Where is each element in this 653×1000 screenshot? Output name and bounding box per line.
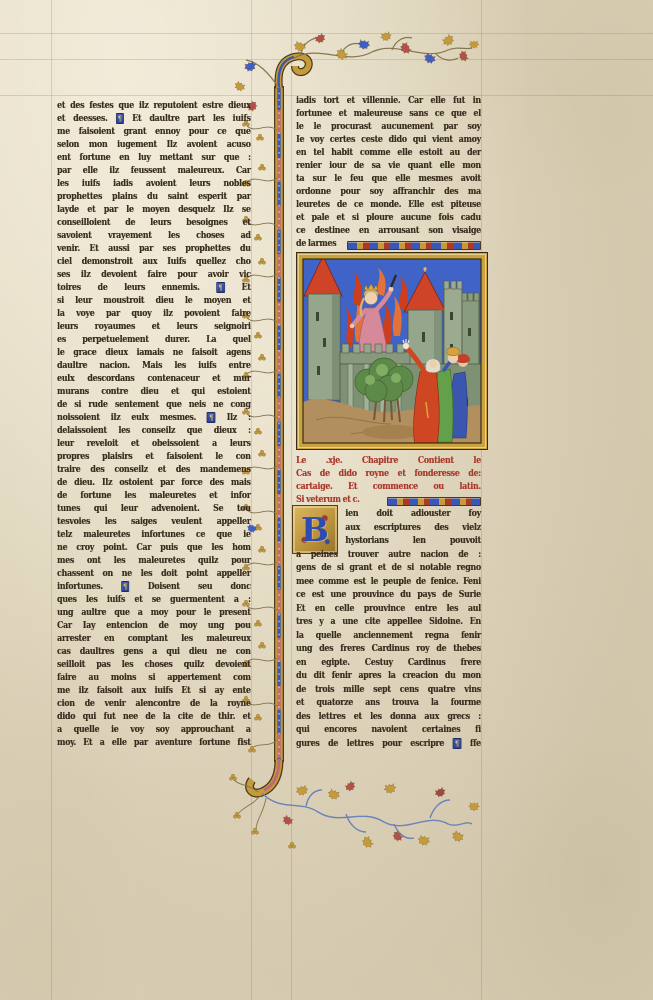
text-line: traire des conseilz et des mandemens (57, 464, 251, 477)
ruling-line-vertical (51, 0, 52, 1000)
text-line: en tel habit comme elle estoit au der (296, 147, 481, 160)
text-line: ung aultre que a moy pour le present (57, 607, 251, 620)
text-line: des lettres et les donna aux grecs : (296, 711, 481, 725)
text-line: le grace dieux iamais ne faisoit agens (57, 347, 251, 360)
text-line: et deesses. ¶ Et daultre part les iuifs (57, 113, 251, 126)
text-column-right-lower: ien doit adiouster foyaux escriptures de… (296, 508, 481, 751)
text-line: arrester en comptant les maleureux (57, 633, 251, 646)
text-line: et quatorze ans trouva la fourme (296, 697, 481, 711)
raised-hand (403, 343, 409, 349)
text-line: ses ilz devoient faire pour avoir vic (57, 269, 251, 282)
text-line: venir. Et aussi par ses prophettes du (57, 243, 251, 256)
text-line: leuretes de ce monde. Elle est piteuse (296, 199, 481, 212)
text-line: le le procurast aucunement par soy (296, 121, 481, 134)
text-line: tunes qui leur advenoient. Se tou (57, 503, 251, 516)
ruling-line-horizontal (0, 33, 653, 34)
paragraph-mark: ¶ (116, 113, 125, 124)
text-line: eulx descordans contenaceur et mur (57, 373, 251, 386)
text-line: Car Iay entencion de moy ung pou (57, 620, 251, 633)
text-line: du dit fenir apres la creacion du mon (296, 670, 481, 684)
text-line: a peines trouver autre nacion de : (296, 549, 481, 563)
text-line: moy. Et a elle par aventure fortune fist (57, 737, 251, 750)
text-line: les iuifs iadis avoient leurs nobles (57, 178, 251, 191)
ruling-line-vertical (481, 0, 482, 1000)
text-line: prophettes plains du saint esperit par (57, 191, 251, 204)
text-line: Cas de dido royne et fonderesse de: (296, 468, 481, 481)
text-line: ques les iuifs et se guermentent a : (57, 594, 251, 607)
ruling-line-vertical (291, 0, 292, 1000)
text-line: propres plaisirs et faisoient le con (57, 451, 251, 464)
text-line: fortunee et maleureuse sans ce que el (296, 108, 481, 121)
top-vine-spray (246, 38, 472, 89)
ruling-line-vertical (251, 0, 252, 1000)
text-line: ce est une prouvince du pays de Surie (296, 589, 481, 603)
text-line: me faisoient grant ennoy pour ce que (57, 126, 251, 139)
paragraph-mark: ¶ (121, 581, 130, 592)
text-line: chassent on ne les doit point appeller (57, 568, 251, 581)
text-line: hystorians len pouvoit (345, 535, 481, 549)
text-line: ien doit adiouster foy (345, 508, 481, 522)
text-line: de fortune les maleuretes et infor (57, 490, 251, 503)
text-line: de dieu. Ilz ostoient par force des mais (57, 477, 251, 490)
ruling-line-horizontal (0, 59, 653, 60)
crown (364, 284, 378, 290)
paragraph-mark: ¶ (453, 738, 462, 749)
text-line: qui encores navoient certaines fi (296, 724, 481, 738)
text-line: mes ont les maleuretes quilz pour (57, 555, 251, 568)
text-column-left: et des festes que ilz reputoient estre d… (57, 100, 251, 750)
text-line: leurs royaumes et leurs seignoiri (57, 321, 251, 334)
text-line: daultre nacion. Mais les iuifs entre (57, 360, 251, 373)
gold-turban (447, 347, 460, 355)
text-line: cartaige. Et commence ou latin. (296, 481, 481, 494)
text-line: la voye par quoy ilz povoient faire (57, 308, 251, 321)
miniature-illustration (296, 252, 488, 450)
text-line: aux escriptures des vielz (345, 522, 481, 536)
text-line: de si rude sentement que neis ne cong (57, 399, 251, 412)
text-line: savoient vrayement les choses ad (57, 230, 251, 243)
text-line: iadis tort et villennie. Car elle fut in (296, 95, 481, 108)
text-line: gens de si grant et de si notable regno (296, 562, 481, 576)
text-line: gures de lettres pour escripre ¶ ffe (296, 738, 481, 752)
text-line: telz maleuretes infortunes ce que ie (57, 529, 251, 542)
text-line: selon mon iugement Ilz avoient acuso (57, 139, 251, 152)
text-line: infortunes. ¶ Doisent seu donc (57, 581, 251, 594)
text-line: es perpetuelement durer. La quel (57, 334, 251, 347)
text-line: ne croy point. Car puis que les hom (57, 542, 251, 555)
text-line: ta sur le feu que elle mesmes avoit (296, 173, 481, 186)
text-column-right-upper: iadis tort et villennie. Car elle fut in… (296, 95, 481, 251)
text-line: leur reveloit et obeissoient a leurs (57, 438, 251, 451)
text-line: ordonne pour soy affranchir des ma (296, 186, 481, 199)
text-line: ent fortune en luy mettant sur que : (57, 152, 251, 165)
text-line: noissoient ilz eulx mesmes. ¶ Ilz : (57, 412, 251, 425)
text-line: me ilz faisoit aux iuifs Et si ay ente (57, 685, 251, 698)
text-line: en egipte. Cestuy Cardinus frere (296, 657, 481, 671)
text-line: ce destinee en arrousant son visaige (296, 225, 481, 238)
text-line: faire au moins si appertement com (57, 672, 251, 685)
text-line: Et en celle prouvince entre les aul (296, 603, 481, 617)
text-line: Ie voy certes ceste dido qui vient amoy (296, 134, 481, 147)
text-line: par elle ilz feussent maleureux. Car (57, 165, 251, 178)
text-line: renier iour de sa vie quant elle mon (296, 160, 481, 173)
text-line: conseilloient de leurs besoignes et (57, 217, 251, 230)
text-line: delaissoient les conseilz que dieux : (57, 425, 251, 438)
text-line: Le .xje. Chapitre Contient le (296, 455, 481, 468)
text-line: tres y a une cite appellee Sidoine. En (296, 616, 481, 630)
line-filler (347, 241, 481, 250)
text-line: tesvoies les saiges veulent appeller (57, 516, 251, 529)
text-line: a quelle ie voy soy approuchant a (57, 724, 251, 737)
paragraph-mark: ¶ (207, 412, 216, 423)
text-line: si leur moustroit dieu le moyen et (57, 295, 251, 308)
text-line: et des festes que ilz reputoient estre d… (57, 100, 251, 113)
text-line: ciel demonstroit aux Iuifs quellez cho (57, 256, 251, 269)
paragraph-mark: ¶ (216, 282, 225, 293)
text-line: dido qui fut nee de la cite de thir. et (57, 711, 251, 724)
text-line: mee comme est le peuple de fenice. Feni (296, 576, 481, 590)
text-line: seilloit pas les choses quilz devoient (57, 659, 251, 672)
text-line: cas daultres gens a qui dieu ne con (57, 646, 251, 659)
chapter-rubric: Le .xje. Chapitre Contient leCas de dido… (296, 455, 481, 507)
text-line: toires de leurs ennemis. ¶ Et (57, 282, 251, 295)
text-line: de trois mille sept cens quatre vins (296, 684, 481, 698)
text-line: murans contre dieu et qui estoient (57, 386, 251, 399)
text-line: et pale et si ploure aucune fois cadu (296, 212, 481, 225)
manuscript-page: { "page_title": "Illuminated manuscript … (0, 0, 653, 1000)
text-line: cion de venir alencontre de la royne (57, 698, 251, 711)
text-line: ung des freres Cardinus roy de thebes (296, 643, 481, 657)
text-line: la quelle anciennement regna fenir (296, 630, 481, 644)
text-line: layde et par le moyen desquelz Ilz se (57, 204, 251, 217)
bottom-vine-spray (229, 774, 479, 850)
